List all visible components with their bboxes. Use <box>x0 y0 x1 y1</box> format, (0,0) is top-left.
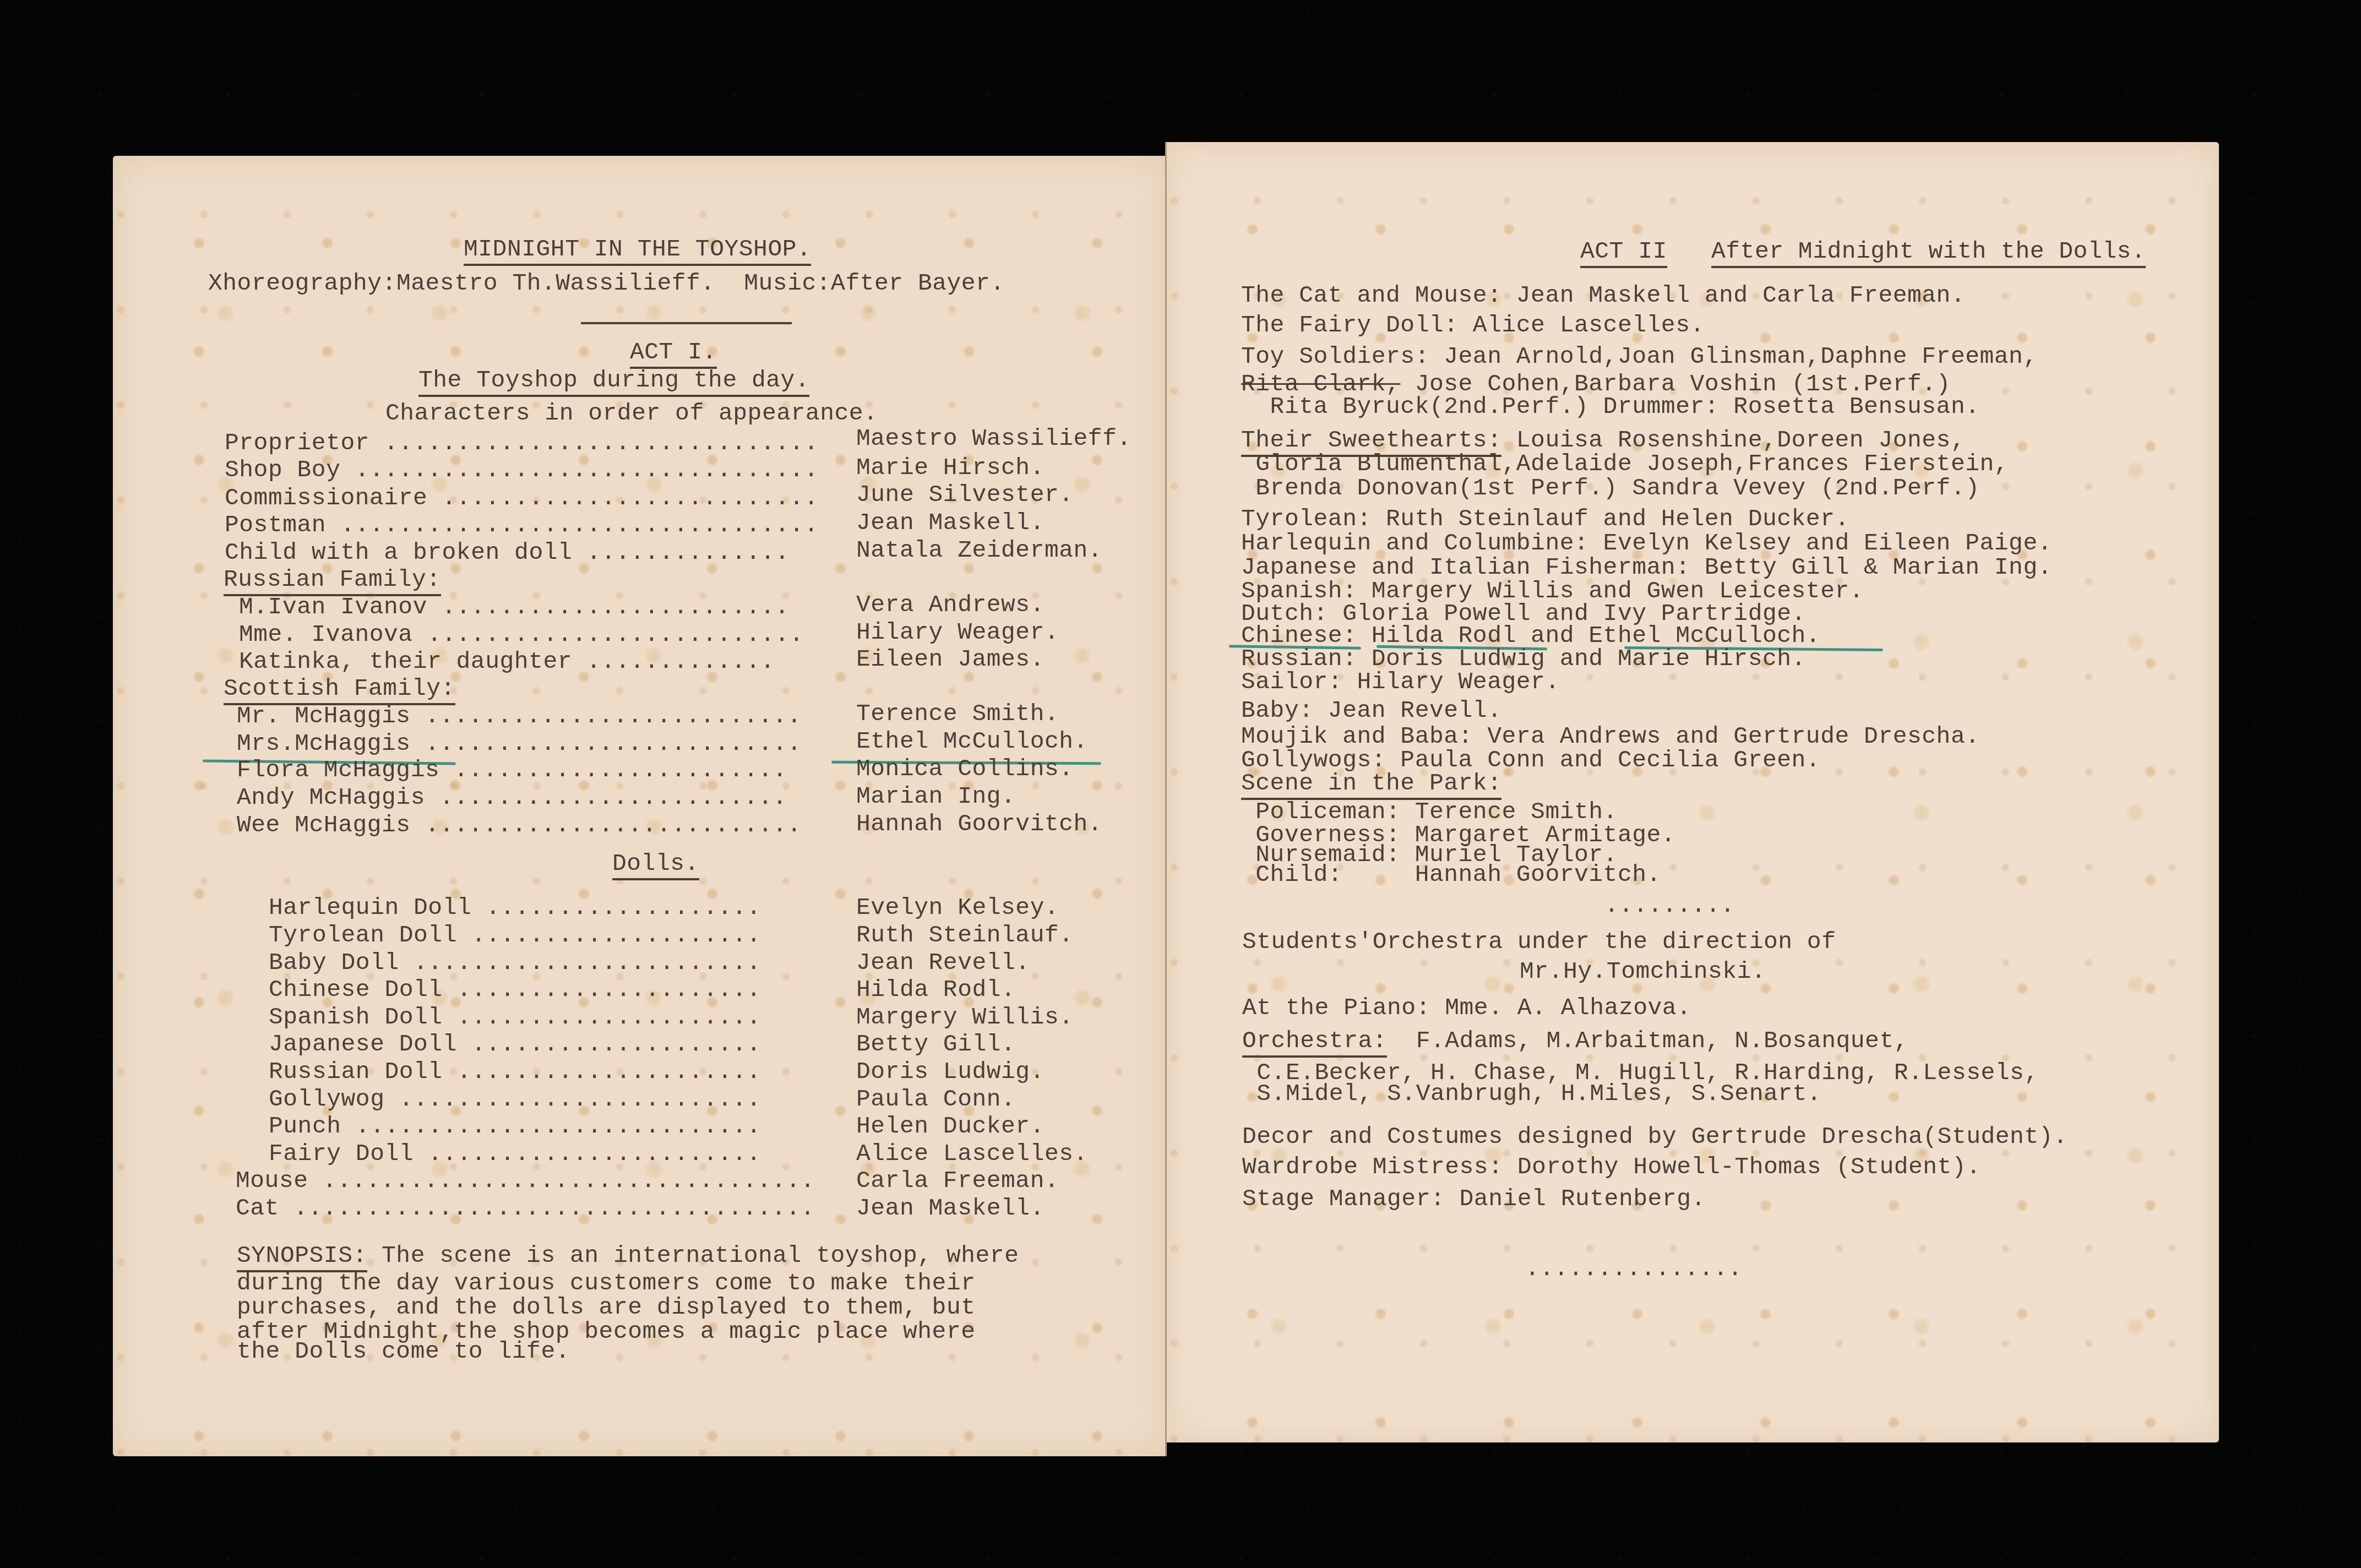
cast-actor: Marie Hirsch. <box>856 454 1045 481</box>
cast-actor: Monica Collins. <box>856 755 1074 782</box>
cast-line: Rita Byruck(2nd.Perf.) Drummer: Rosetta … <box>1241 393 1980 420</box>
synopsis-line: The scene is an international toyshop, w… <box>367 1242 1019 1269</box>
cast-role: Child with a broken doll .............. <box>225 539 790 566</box>
doll-role: Fairy Doll ....................... <box>269 1140 761 1167</box>
cast-line: Moujik and Baba: Vera Andrews and Gertru… <box>1241 723 1980 750</box>
doll-role: Baby Doll ........................ <box>269 949 761 976</box>
cast-actor: Jean Maskell. <box>856 509 1045 536</box>
cast-role: Postman ................................… <box>225 511 818 538</box>
doll-role: Russian Doll ..................... <box>269 1058 761 1085</box>
cast-role: Mr. McHaggis .......................... <box>237 703 802 729</box>
act-two-title: After Midnight with the Dolls. <box>1711 238 2146 268</box>
doll-role: Mouse .................................. <box>236 1167 815 1194</box>
pair-line: Japanese and Italian Fisherman: Betty Gi… <box>1241 554 2052 581</box>
pair-line: Tyrolean: Ruth Steinlauf and Helen Ducke… <box>1241 505 1849 532</box>
cast-actor: Natala Zeiderman. <box>856 537 1102 564</box>
cast-line: The Fairy Doll: Alice Lascelles. <box>1241 312 1705 339</box>
russian-family-heading: Russian Family: <box>224 566 441 596</box>
cast-actor: Terence Smith. <box>856 700 1059 727</box>
cast-actor: June Silvester. <box>856 481 1074 508</box>
cast-line: Brenda Donovan(1st Perf.) Sandra Vevey (… <box>1241 475 1980 502</box>
doll-role: Tyrolean Doll .................... <box>269 922 761 949</box>
closing-separator-dots: ............... <box>1525 1255 1743 1282</box>
title-divider <box>581 322 792 324</box>
orchestra-direction: Students'Orchestra under the direction o… <box>1242 928 1836 955</box>
cast-actor: Vera Andrews. <box>856 591 1045 618</box>
program-title: MIDNIGHT IN THE TOYSHOP. <box>464 236 811 266</box>
cast-actor: Hilary Weager. <box>856 619 1059 646</box>
cast-role: Commissionaire .........................… <box>225 484 818 511</box>
cast-role: Mrs.McHaggis .......................... <box>237 730 802 757</box>
credits-line: Xhoreography:Maestro Th.Wassilieff. Musi… <box>208 270 1005 297</box>
doll-role: Harlequin Doll ................... <box>269 894 761 921</box>
cast-actor: Eileen James. <box>856 646 1045 673</box>
doll-actor: Hilda Rodl. <box>856 976 1015 1003</box>
doll-role: Punch ............................ <box>269 1113 761 1140</box>
doll-role: Japanese Doll .................... <box>269 1031 761 1058</box>
cast-role: Wee McHaggis .......................... <box>237 812 802 839</box>
cast-role: Proprietor .............................… <box>225 429 818 456</box>
doll-actor: Evelyn Kelsey. <box>856 894 1059 921</box>
piano-credit: At the Piano: Mme. A. Alhazova. <box>1242 994 1691 1021</box>
conductor-name: Mr.Hy.Tomchinski. <box>1520 958 1766 985</box>
doll-role: Gollywog ......................... <box>269 1086 761 1113</box>
cast-actor: Ethel McCulloch. <box>856 728 1088 755</box>
cast-role: Andy McHaggis ........................ <box>237 784 787 811</box>
act-one-heading: ACT I. <box>630 339 717 369</box>
separator-dots: ......... <box>1604 892 1735 919</box>
synopsis-label: SYNOPSIS: <box>237 1242 367 1272</box>
doll-role: Spanish Doll ..................... <box>269 1004 761 1031</box>
doll-actor: Ruth Steinlauf. <box>856 922 1074 949</box>
doll-actor: Paula Conn. <box>856 1086 1015 1113</box>
synopsis-line: purchases, and the dolls are displayed t… <box>237 1294 976 1321</box>
orchestra-label: Orchestra: <box>1242 1027 1387 1058</box>
cast-role: Mme. Ivanova .......................... <box>239 621 804 648</box>
pair-line: Sailor: Hilary Weager. <box>1241 668 1560 695</box>
park-heading: Scene in the Park: <box>1241 770 1502 800</box>
cast-role: Katinka, their daughter ............. <box>239 648 775 675</box>
cast-actor: Maestro Wassilieff. <box>856 425 1131 452</box>
pair-line: Harlequin and Columbine: Evelyn Kelsey a… <box>1241 530 2052 557</box>
characters-heading: Characters in order of appearance. <box>385 400 878 427</box>
cast-line: Toy Soldiers: Jean Arnold,Joan Glinsman,… <box>1241 343 2038 370</box>
doll-actor: Betty Gill. <box>856 1031 1015 1058</box>
act-two-label: ACT II <box>1580 238 1667 268</box>
cast-role: M.Ivan Ivanov ........................ <box>239 594 790 620</box>
cast-line: The Cat and Mouse: Jean Maskell and Carl… <box>1241 282 1965 309</box>
synopsis-line: the Dolls come to life. <box>237 1338 570 1365</box>
doll-actor: Doris Ludwig. <box>856 1058 1045 1085</box>
doll-actor: Jean Revell. <box>856 949 1030 976</box>
doll-role: Cat .................................... <box>236 1195 815 1222</box>
doll-actor: Carla Freeman. <box>856 1167 1059 1194</box>
doll-actor: Alice Lascelles. <box>856 1140 1088 1167</box>
sweethearts-names: Louisa Rosenshine,Doreen Jones, <box>1502 427 1965 454</box>
cast-actor: Hannah Goorvitch. <box>856 810 1102 837</box>
dolls-heading: Dolls. <box>612 850 699 880</box>
cast-actor: Marian Ing. <box>856 783 1015 810</box>
orchestra-names: F.Adams, M.Arbaitman, N.Bosanquet, <box>1387 1027 1908 1054</box>
cast-role: Flora McHaggis ....................... <box>237 756 787 783</box>
scottish-family-heading: Scottish Family: <box>224 675 455 705</box>
synopsis-line: during the day various customers come to… <box>237 1270 976 1297</box>
doll-actor: Helen Ducker. <box>856 1113 1045 1140</box>
center-fold <box>1165 142 1167 1456</box>
sweethearts-line: Their Sweethearts: Louisa Rosenshine,Dor… <box>1241 427 1965 454</box>
wardrobe-credit: Wardrobe Mistress: Dorothy Howell-Thomas… <box>1242 1153 1981 1180</box>
doll-role: Chinese Doll ..................... <box>269 976 761 1003</box>
doll-actor: Margery Willis. <box>856 1004 1074 1031</box>
doll-actor: Jean Maskell. <box>856 1195 1045 1222</box>
cast-line: Gloria Blumenthal,Adelaide Joseph,France… <box>1241 450 2009 477</box>
decor-credit: Decor and Costumes designed by Gertrude … <box>1242 1123 2068 1150</box>
act-one-subtitle: The Toyshop during the day. <box>418 367 809 397</box>
cast-line: Baby: Jean Revell. <box>1241 697 1502 724</box>
orchestra-line: Orchestra: F.Adams, M.Arbaitman, N.Bosan… <box>1242 1027 1908 1054</box>
stage-manager-credit: Stage Manager: Daniel Rutenberg. <box>1242 1185 1706 1212</box>
park-line: Child: Hannah Goorvitch. <box>1241 861 1661 888</box>
cast-role: Shop Boy ...............................… <box>225 456 818 483</box>
orchestra-line: S.Midel, S.Vanbrugh, H.Miles, S.Senart. <box>1242 1080 1821 1107</box>
